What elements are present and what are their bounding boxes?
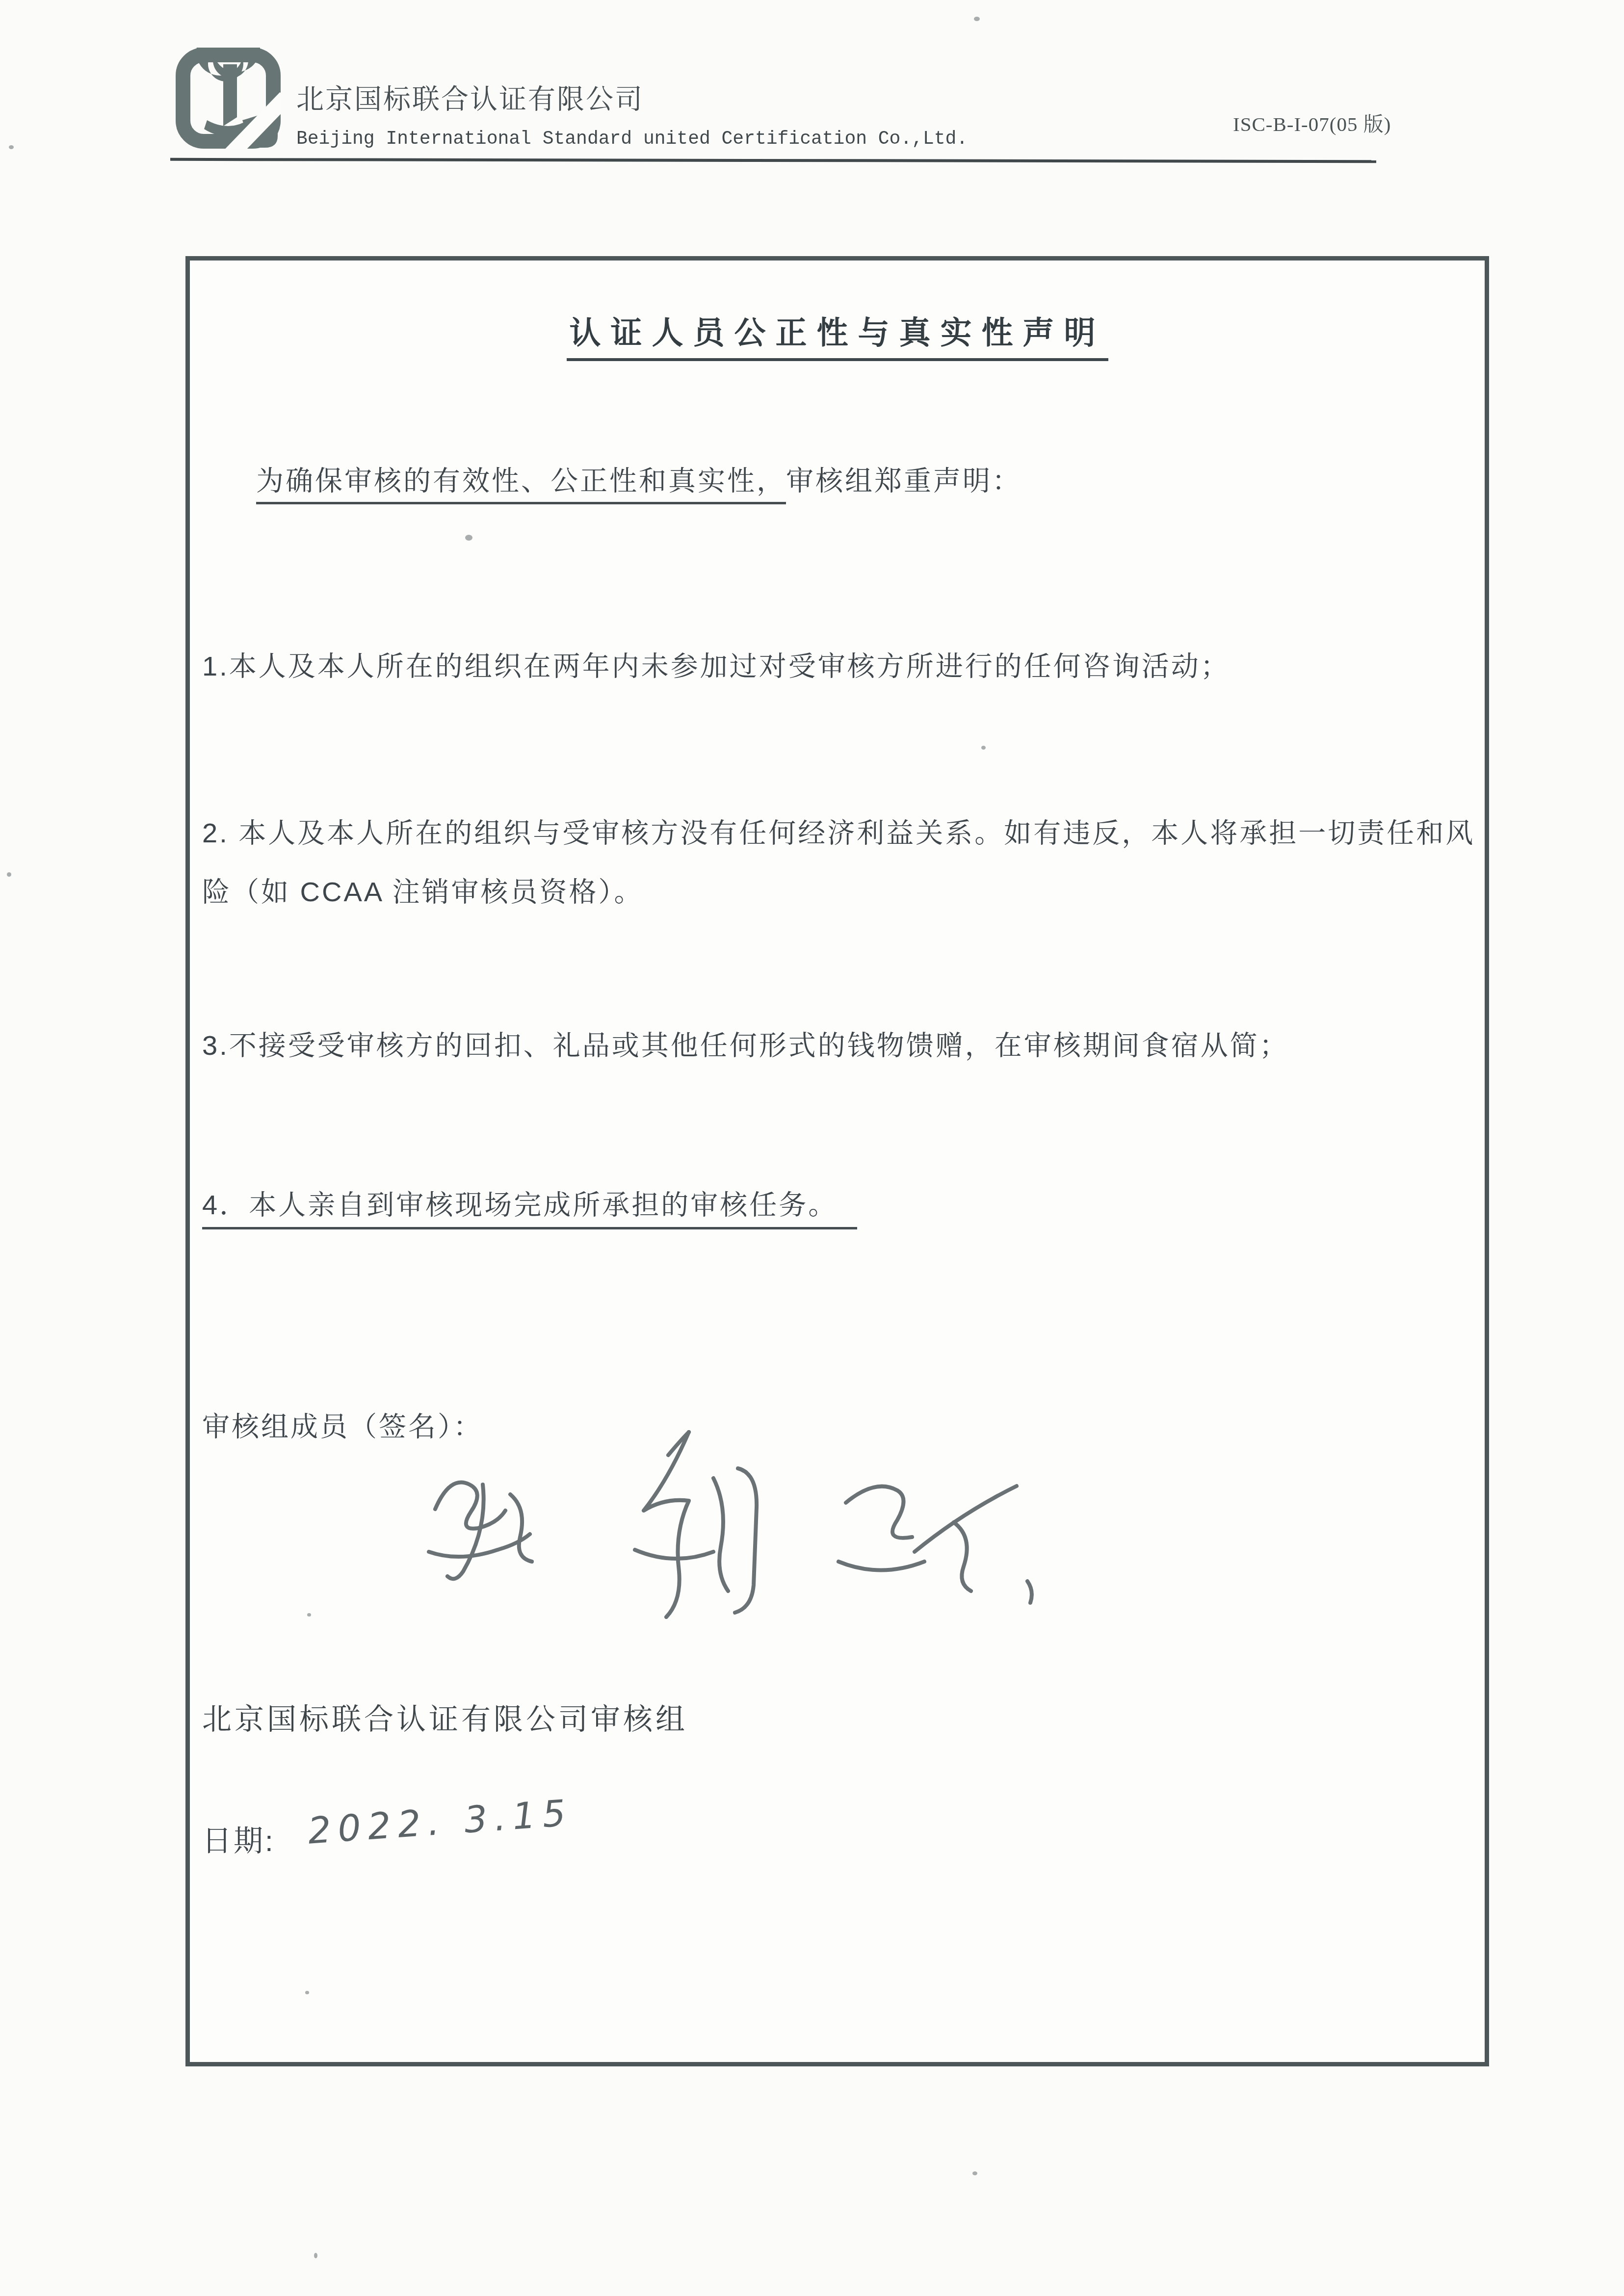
audit-team-line: 北京国标联合认证有限公司审核组 <box>202 1705 688 1734</box>
declaration-item-3: 3.不接受受审核方的回扣、礼品或其他任何形式的钱物馈赠，在审核期间食宿从简； <box>202 1032 1478 1059</box>
scan-speck <box>9 145 14 149</box>
signature-2 <box>635 1432 757 1617</box>
scan-speck <box>305 1991 309 1994</box>
scan-speck <box>972 2171 977 2175</box>
handwritten-signatures <box>413 1409 1061 1619</box>
intro-rest-text: 审核组郑重声明： <box>786 465 1022 496</box>
scanned-declaration-page: 北京国标联合认证有限公司 Beijing International Stand… <box>0 0 1624 2296</box>
declaration-item-2: 2. 本人及本人所在的组织与受审核方没有任何经济利益关系。如有违反，本人将承担一… <box>202 804 1478 921</box>
item-4-underlined-text: 4．本人亲自到审核现场完成所承担的审核任务。 <box>202 1189 857 1229</box>
scan-speck <box>974 17 980 21</box>
scan-speck <box>314 2253 317 2258</box>
signature-3 <box>838 1486 1032 1603</box>
document-code: ISC-B-I-07(05 版) <box>1233 108 1391 137</box>
signature-1 <box>429 1483 532 1579</box>
date-label: 日期: <box>202 1826 275 1856</box>
company-name-en: Beijing International Standard united Ce… <box>296 129 968 150</box>
company-name-cn: 北京国标联合认证有限公司 <box>296 78 644 117</box>
declaration-item-1: 1.本人及本人所在的组织在两年内未参加过对受审核方所进行的任何咨询活动； <box>202 652 1478 680</box>
declaration-intro: 为确保审核的有效性、公正性和真实性，审核组郑重声明： <box>202 467 1458 495</box>
declaration-title-text: 认证人员公正性与真实性声明 <box>567 315 1108 361</box>
declaration-item-4: 4．本人亲自到审核现场完成所承担的审核任务。 <box>202 1191 1478 1219</box>
handwritten-date: 2022. 3.15 <box>307 1792 574 1852</box>
declaration-border-box: 认证人员公正性与真实性声明 为确保审核的有效性、公正性和真实性，审核组郑重声明：… <box>185 256 1489 2066</box>
company-logo-icon <box>176 48 281 149</box>
header-divider <box>170 158 1376 163</box>
scan-speck <box>465 535 472 541</box>
intro-underlined-text: 为确保审核的有效性、公正性和真实性， <box>256 465 786 504</box>
scan-speck <box>307 1613 311 1617</box>
declaration-title: 认证人员公正性与真实性声明 <box>190 308 1485 353</box>
scan-speck <box>981 746 986 750</box>
scan-speck <box>7 872 11 877</box>
